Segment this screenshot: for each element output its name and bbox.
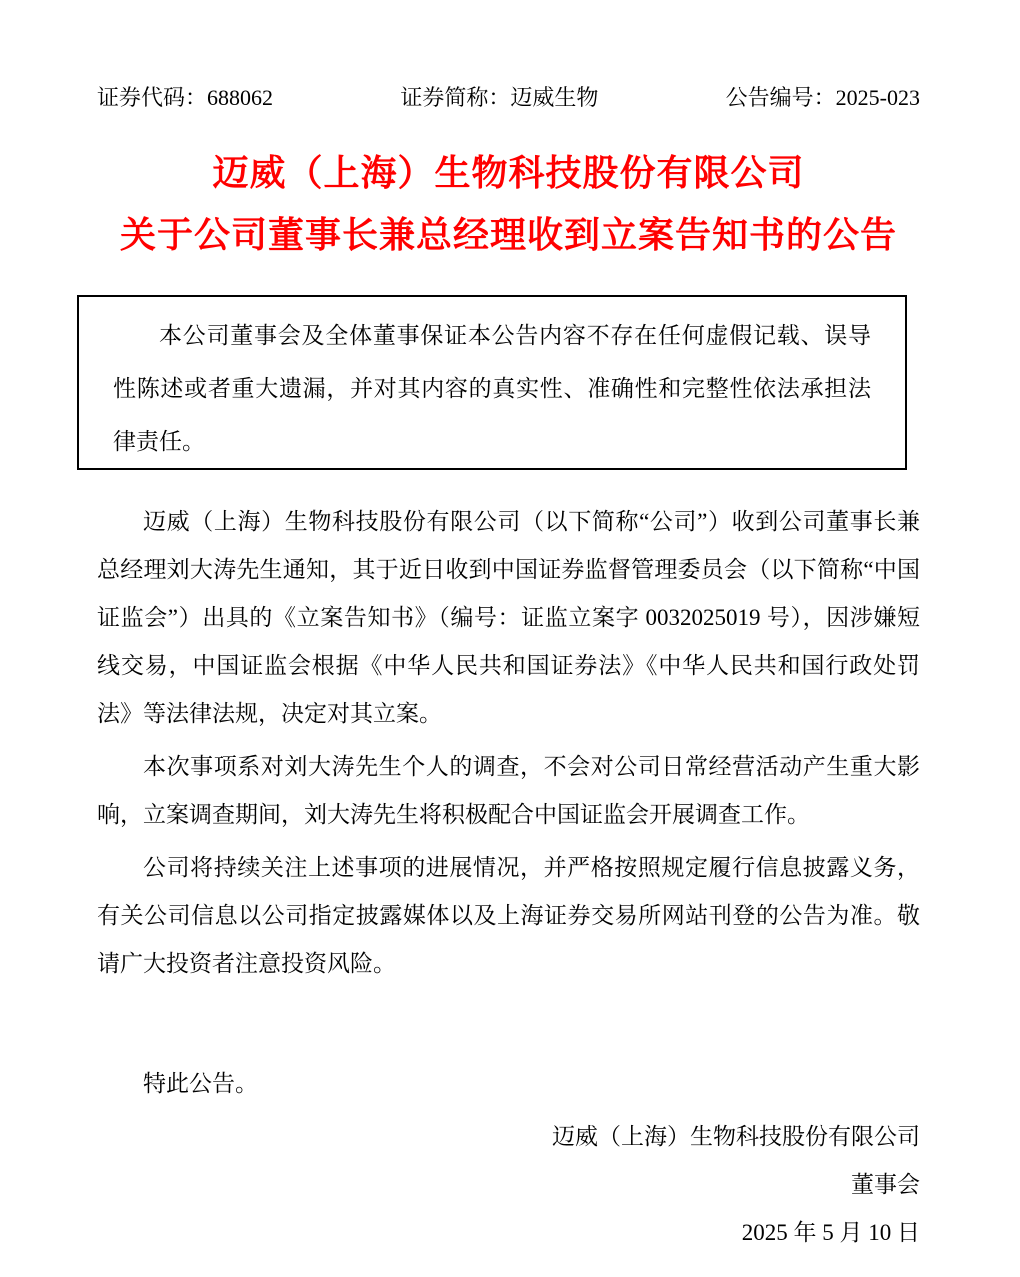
title-block: 迈威（上海）生物科技股份有限公司 关于公司董事长兼总经理收到立案告知书的公告	[97, 149, 920, 259]
signature-date: 2025 年 5 月 10 日	[97, 1209, 920, 1257]
signature-issuer: 董事会	[97, 1161, 920, 1209]
signature-block: 迈威（上海）生物科技股份有限公司 董事会 2025 年 5 月 10 日	[97, 1113, 920, 1257]
body-paragraph-1: 迈威（上海）生物科技股份有限公司（以下简称“公司”）收到公司董事长兼总经理刘大涛…	[97, 498, 920, 738]
body-paragraph-3: 公司将持续关注上述事项的进展情况，并严格按照规定履行信息披露义务，有关公司信息以…	[97, 844, 920, 988]
announcement-document: 证券代码：688062 证券简称：迈威生物 公告编号：2025-023 迈威（上…	[0, 0, 1020, 1277]
announcement-no-label: 公告编号：2025-023	[726, 83, 920, 113]
body-paragraph-2: 本次事项系对刘大涛先生个人的调查，不会对公司日常经营活动产生重大影响，立案调查期…	[97, 743, 920, 839]
closing-line: 特此公告。	[97, 1060, 920, 1108]
stock-code-label: 证券代码：688062	[97, 83, 273, 113]
title-subject: 关于公司董事长兼总经理收到立案告知书的公告	[97, 211, 920, 259]
disclaimer-text: 本公司董事会及全体董事保证本公告内容不存在任何虚假记载、误导性陈述或者重大遗漏，…	[113, 323, 871, 454]
disclaimer-box: 本公司董事会及全体董事保证本公告内容不存在任何虚假记载、误导性陈述或者重大遗漏，…	[77, 295, 907, 470]
securities-header-row: 证券代码：688062 证券简称：迈威生物 公告编号：2025-023	[97, 83, 920, 113]
signature-company: 迈威（上海）生物科技股份有限公司	[97, 1113, 920, 1161]
stock-abbr-label: 证券简称：迈威生物	[400, 83, 598, 113]
title-company-name: 迈威（上海）生物科技股份有限公司	[97, 149, 920, 197]
